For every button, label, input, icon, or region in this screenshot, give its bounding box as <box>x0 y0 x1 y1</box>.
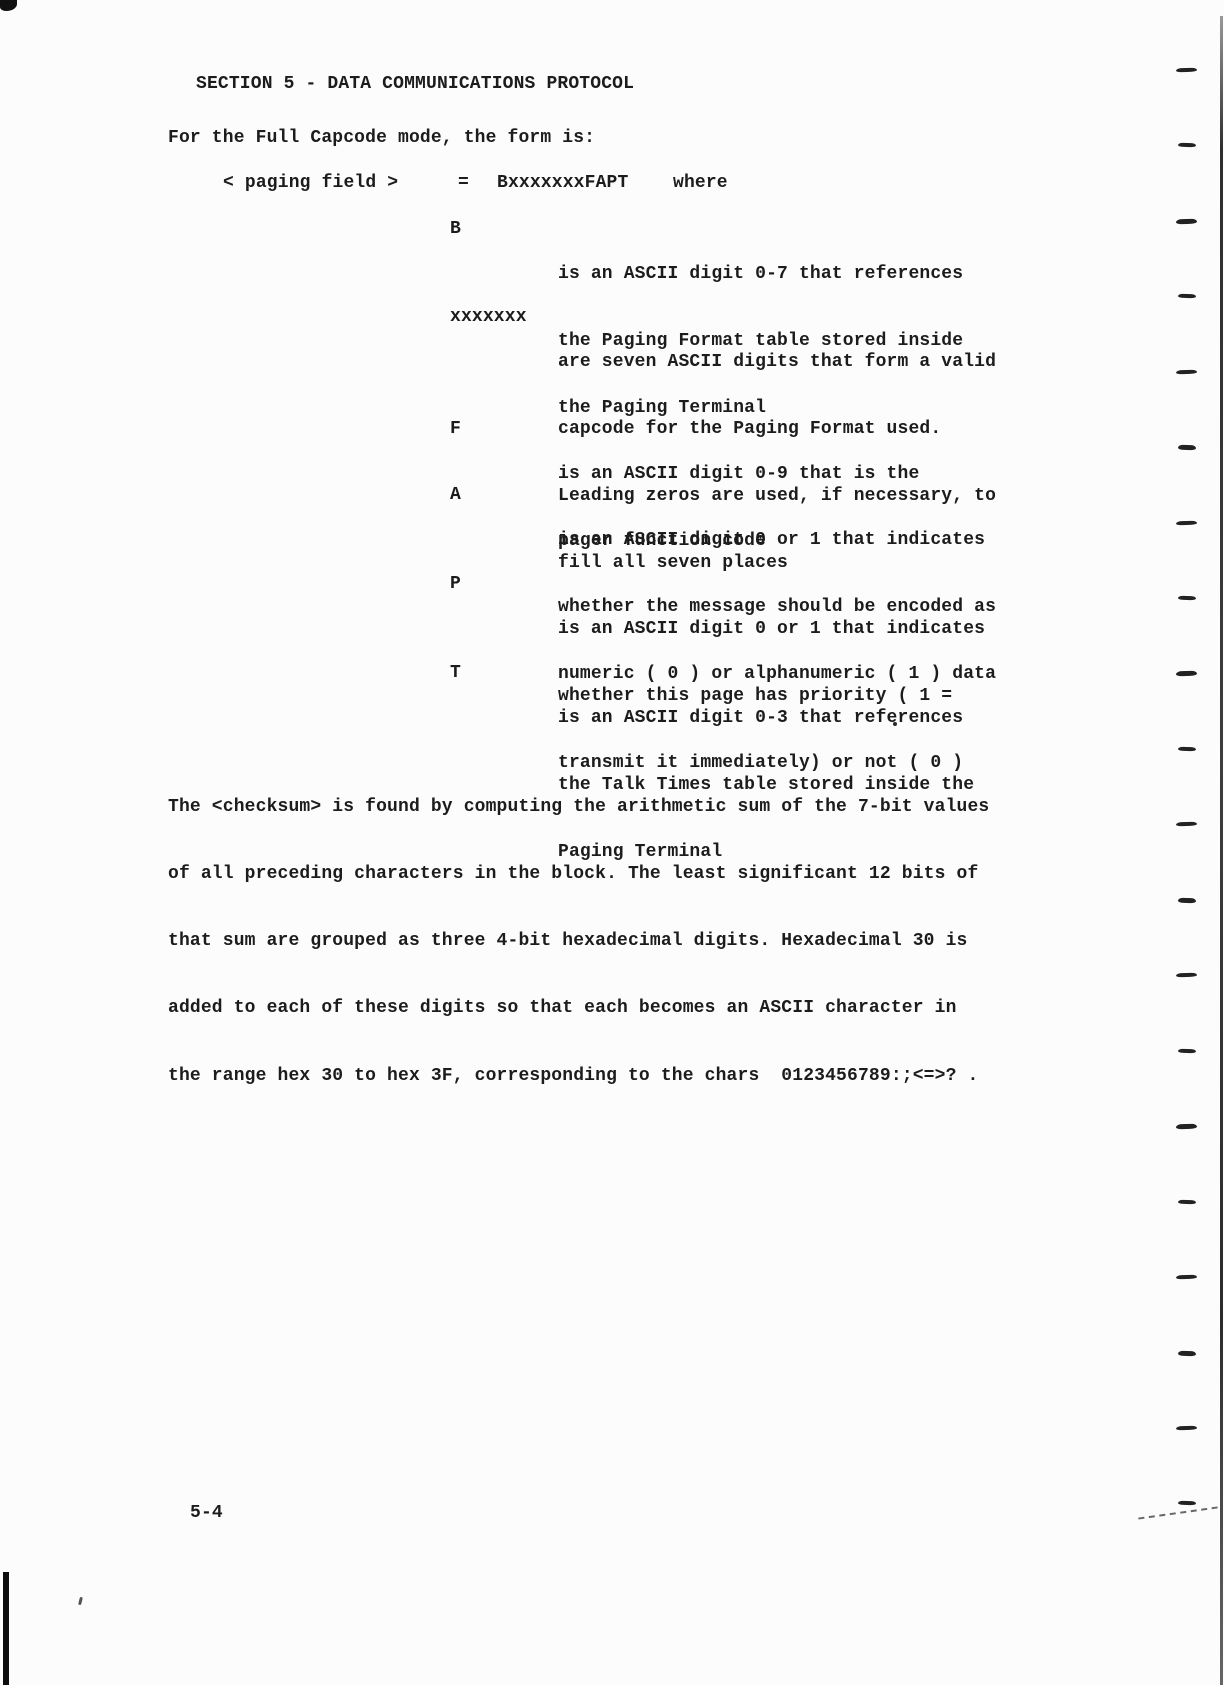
margin-tick-mark <box>1178 747 1196 751</box>
margin-tick-mark <box>1176 219 1197 225</box>
definition-term-p: P <box>450 573 461 595</box>
checksum-paragraph-line: The <checksum> is found by computing the… <box>168 796 989 818</box>
margin-tick-mark <box>1176 822 1197 827</box>
margin-tick-mark <box>1178 898 1196 903</box>
definition-term-f: F <box>450 418 461 440</box>
margin-tick-mark <box>1176 1426 1197 1431</box>
checksum-paragraph-line: of all preceding characters in the block… <box>168 863 989 885</box>
definition-line: is an ASCII digit 0-7 that references <box>558 263 963 285</box>
section-heading: SECTION 5 - DATA COMMUNICATIONS PROTOCOL <box>196 73 634 95</box>
scanned-document-page: SECTION 5 - DATA COMMUNICATIONS PROTOCOL… <box>0 0 1224 1685</box>
scan-binding-bar <box>3 1572 9 1685</box>
form-lhs: < paging field > <box>223 172 398 194</box>
margin-tick-mark <box>1178 1351 1196 1356</box>
definition-line: is an ASCII digit 0-3 that references <box>558 707 974 729</box>
margin-tick-mark <box>1176 68 1197 73</box>
definition-term-b: B <box>450 218 461 240</box>
definition-term-a: A <box>450 484 461 506</box>
scan-page-edge-line <box>1220 16 1223 1685</box>
checksum-paragraph-line: the range hex 30 to hex 3F, correspondin… <box>168 1065 989 1087</box>
definition-line: is an ASCII digit 0 or 1 that indicates <box>558 529 996 551</box>
definition-term-t: T <box>450 662 461 684</box>
checksum-paragraph: The <checksum> is found by computing the… <box>168 751 989 1132</box>
stray-period-mark <box>893 722 897 726</box>
checksum-paragraph-line: added to each of these digits so that ea… <box>168 997 989 1019</box>
margin-tick-mark <box>1176 973 1197 978</box>
margin-tick-mark <box>1178 445 1196 450</box>
definition-line: is an ASCII digit 0-9 that is the <box>558 463 919 485</box>
intro-sentence: For the Full Capcode mode, the form is: <box>168 127 595 149</box>
margin-tick-mark <box>1178 1200 1196 1204</box>
scan-corner-artifact <box>0 0 17 11</box>
margin-tick-mark <box>1178 143 1196 147</box>
checksum-paragraph-line: that sum are grouped as three 4-bit hexa… <box>168 930 989 952</box>
form-where-label: where <box>673 172 728 194</box>
pen-flourish-mark <box>1138 1506 1217 1519</box>
margin-tick-mark <box>1178 294 1196 298</box>
page-number: 5-4 <box>190 1502 223 1524</box>
margin-tick-mark <box>1176 370 1197 375</box>
margin-tick-mark <box>1176 1275 1197 1280</box>
stray-apostrophe-mark <box>78 1597 83 1605</box>
margin-tick-mark <box>1176 521 1197 526</box>
form-value: BxxxxxxxFAPT <box>497 172 628 194</box>
margin-tick-mark <box>1176 671 1197 677</box>
form-equals-sign: = <box>458 172 469 194</box>
definition-line: is an ASCII digit 0 or 1 that indicates <box>558 618 985 640</box>
definition-line: are seven ASCII digits that form a valid <box>558 351 996 373</box>
margin-tick-mark <box>1178 1049 1196 1053</box>
margin-tick-mark <box>1176 1124 1197 1130</box>
definition-term-xxxxxxx: xxxxxxx <box>450 306 527 328</box>
margin-tick-mark <box>1178 1501 1196 1505</box>
margin-tick-mark <box>1178 596 1196 600</box>
